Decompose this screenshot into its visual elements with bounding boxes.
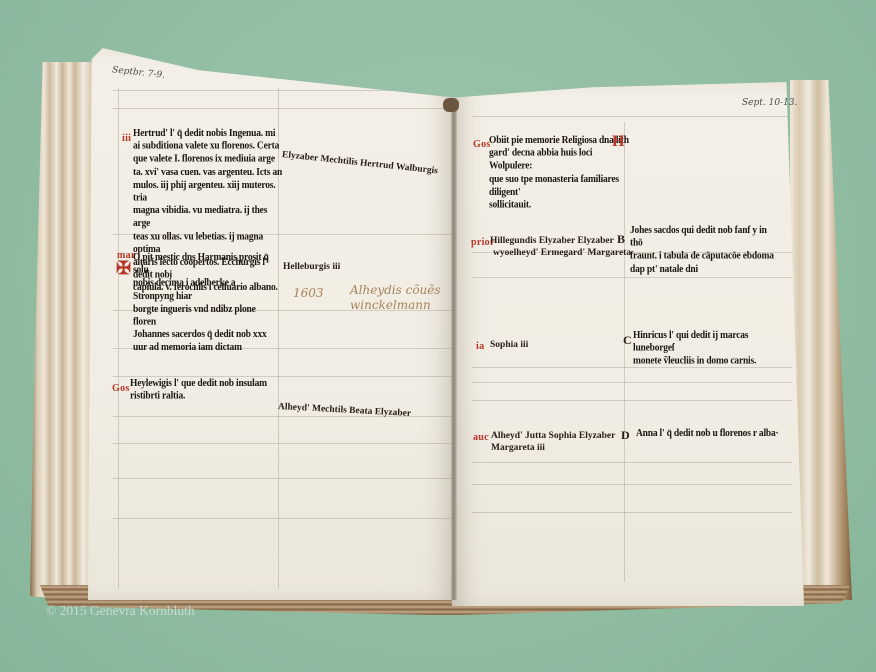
necrology-entry-text: Johes sacdos qui dedit nob fanf y in thō… bbox=[630, 225, 775, 277]
rubric-label: Gos bbox=[112, 383, 130, 394]
rubric-label: Gos bbox=[473, 139, 491, 150]
rubric-label: auc bbox=[473, 432, 489, 443]
commemorated-names: Sophia iii bbox=[490, 340, 528, 350]
page-reference-right: Sept. 10-13. bbox=[742, 98, 797, 108]
later-annotation-year: 1603 bbox=[293, 286, 324, 300]
dominical-letter: C bbox=[623, 333, 632, 348]
dominical-letter: B bbox=[617, 232, 625, 247]
commemorated-names: wyoelheyd' Ermegard' Margareta bbox=[493, 248, 631, 258]
necrology-entry-text: Heylewigis l' que dedit nob insulam rist… bbox=[130, 378, 280, 404]
later-annotation-name: Alheydis cõuẽs bbox=[350, 283, 441, 297]
necrology-entry-text: Obiit pie memorie Religiosa dna lith gar… bbox=[489, 135, 629, 212]
manuscript-photo: Septbr. 7-9. iii Hertrud' l' q̄ dedit no… bbox=[0, 0, 876, 672]
gutter bbox=[451, 100, 457, 600]
commemorated-names: Margareta iii bbox=[491, 443, 545, 453]
commemorated-names: Helleburgis iii bbox=[283, 262, 340, 272]
copyright-watermark: © 2015 Genevra Kornbluth bbox=[46, 603, 195, 619]
rubric-label: ia bbox=[476, 341, 484, 352]
dominical-letter: H bbox=[612, 133, 625, 151]
necrology-entry-text: Anna l' q̄ dedit nob u florenos r alba· bbox=[636, 428, 786, 441]
headband bbox=[443, 98, 459, 112]
dominical-letter: D bbox=[621, 428, 630, 443]
commemorated-names: Alheyd' Jutta Sophia Elyzaber bbox=[491, 431, 615, 441]
necrology-entry-text: Hinricus l' qui dedit ij marcas luneborg… bbox=[633, 330, 783, 369]
rubric-label: iii bbox=[122, 133, 131, 144]
cross-icon: ✠ bbox=[116, 258, 131, 279]
later-annotation-surname: winckelmann bbox=[350, 298, 431, 312]
commemorated-names: Hillegundis Elyzaber Elyzaber bbox=[490, 236, 614, 246]
necrology-entry-text: O pit mestic dns Harmanis prosit q̄ solu… bbox=[133, 252, 278, 355]
